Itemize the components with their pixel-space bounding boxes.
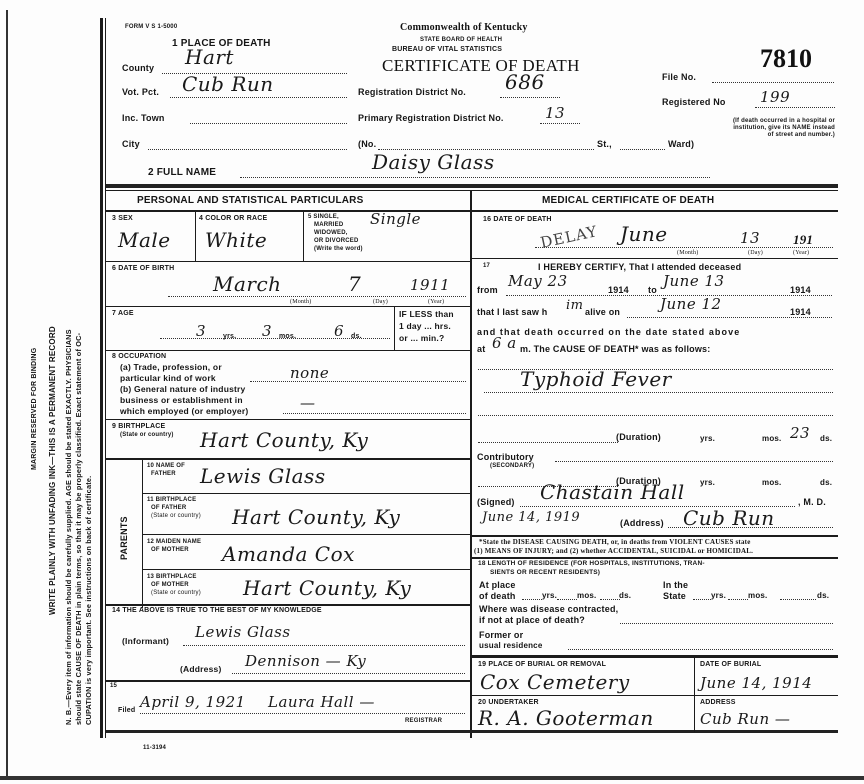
informant-underline: [183, 645, 465, 646]
undertaker-value: R. A. Gooterman: [478, 706, 654, 730]
filed-date-value: April 9, 1921: [140, 693, 246, 711]
footer-code: 11-3194: [143, 745, 166, 751]
medical-rule-2: [472, 535, 838, 537]
margin-binding-text: MARGIN RESERVED FOR BINDING: [31, 348, 38, 470]
less-than-line-3: or ... min.?: [399, 333, 444, 343]
occupation-b-line-1: (b) General nature of industry: [120, 384, 246, 394]
marital-label-5: (Write the word): [314, 246, 363, 252]
father-name-label-1: 10 NAME OF: [147, 463, 185, 469]
bureau-heading: BUREAU OF VITAL STATISTICS: [392, 46, 502, 53]
sex-color-divider: [195, 211, 196, 261]
where-contracted-line-2: if not at place of death?: [479, 615, 585, 625]
occupation-b-line-2: business or establishment in: [120, 395, 243, 405]
age-mos-label: mos.: [279, 333, 296, 340]
primary-district-label: Primary Registration District No.: [358, 113, 504, 123]
last-saw-date-value: June 12: [660, 295, 722, 313]
row-rule-8: [142, 569, 470, 570]
occupation-b-value: —: [300, 394, 316, 412]
color-value: White: [205, 228, 267, 252]
age-months-value: 3: [262, 322, 272, 340]
medical-section-title: MEDICAL CERTIFICATE OF DEATH: [542, 195, 714, 206]
mother-birthplace-label-2: OF MOTHER: [151, 582, 189, 588]
margin-border-line: [100, 18, 103, 738]
occupation-b-underline: [283, 413, 466, 414]
burial-date-value: June 14, 1914: [700, 674, 812, 692]
ward-label: Ward): [668, 139, 694, 149]
vot-pct-value: Cub Run: [182, 72, 274, 96]
full-name-underline: [240, 177, 710, 178]
duration-mos-2: mos.: [762, 478, 781, 487]
dod-month-value: June: [620, 222, 668, 246]
header-divider: [106, 184, 838, 188]
to-label: to: [648, 285, 657, 295]
filed-label: Filed: [118, 707, 135, 714]
sex-value: Male: [118, 228, 171, 252]
street-no-label: (No.: [358, 139, 376, 149]
marital-label-4: OR DIVORCED: [314, 238, 359, 244]
last-saw-label: that I last saw h: [477, 307, 547, 317]
file-number: 7810: [760, 44, 812, 74]
certificate-title: CERTIFICATE OF DEATH: [382, 56, 580, 76]
less-than-line-2: 1 day ... hrs.: [399, 321, 451, 331]
dod-day-value: 13: [740, 229, 760, 247]
signed-label: (Signed): [477, 497, 515, 507]
mother-maiden-label-2: OF MOTHER: [151, 547, 189, 553]
inc-town-label: Inc. Town: [122, 113, 165, 123]
dod-year-caption: (Year): [793, 250, 809, 256]
left-edge-line: [6, 10, 8, 780]
residence-label-1: 18 LENGTH OF RESIDENCE (FOR HOSPITALS, I…: [478, 560, 705, 567]
sex-label: 3 SEX: [112, 215, 133, 222]
marital-value: Single: [370, 210, 421, 228]
dob-year-value: 1911: [410, 276, 450, 294]
burial-place-label: 19 PLACE OF BURIAL OR REMOVAL: [478, 661, 606, 668]
county-label: County: [122, 63, 154, 73]
ward-underline: [620, 149, 665, 150]
last-saw-pronoun: im: [566, 298, 584, 313]
full-name-value: Daisy Glass: [372, 150, 495, 174]
dob-day-value: 7: [348, 272, 361, 296]
hospital-note: (If death occurred in a hospital or inst…: [730, 118, 835, 139]
at-place-ds-underline: [600, 599, 620, 600]
file-no-label: File No.: [662, 72, 696, 82]
duration-mos-1: mos.: [762, 434, 781, 443]
time-suffix: m. The CAUSE OF DEATH* was as follows:: [520, 344, 710, 354]
registration-district-underline: [500, 97, 560, 98]
alive-on-label: alive on: [585, 307, 620, 317]
where-contracted-line-1: Where was disease contracted,: [479, 604, 618, 614]
at-place-mos-underline: [557, 599, 577, 600]
father-birthplace-label-1: 11 BIRTHPLACE: [147, 497, 196, 503]
medical-rule-4: [472, 655, 838, 658]
medical-rule-1: [472, 258, 838, 259]
age-days-value: 6: [334, 322, 344, 340]
age-divider: [394, 306, 395, 350]
signed-date-value: June 14, 1919: [482, 510, 580, 525]
informant-value: Lewis Glass: [195, 623, 291, 641]
duration-days-value: 23: [790, 424, 810, 442]
commonwealth-heading: Commonwealth of Kentucky: [400, 22, 528, 33]
mother-maiden-label-1: 12 MAIDEN NAME: [147, 539, 201, 545]
row-rule-7: [142, 534, 470, 535]
marital-label-3: WIDOWED,: [314, 230, 348, 236]
father-name-value: Lewis Glass: [200, 464, 326, 488]
less-than-line-1: IF LESS than: [399, 309, 454, 319]
duration-underline-1: [478, 442, 618, 443]
at-label: at: [477, 344, 485, 354]
at-place-line-1: At place: [479, 580, 516, 590]
attended-to-value: June 13: [663, 272, 725, 290]
row-rule-3: [106, 350, 470, 351]
in-state-yrs-underline: [693, 599, 711, 600]
father-birthplace-label-2: OF FATHER: [151, 505, 186, 511]
dob-month-caption: (Month): [290, 299, 311, 305]
dob-label: 6 DATE OF BIRTH: [112, 265, 174, 272]
attended-from-value: May 23: [508, 272, 568, 290]
duration-yrs-1: yrs.: [700, 434, 715, 443]
file-no-underline: [712, 82, 834, 83]
duration-ds-2: ds.: [820, 478, 832, 487]
in-state-yrs: yrs.: [711, 591, 726, 600]
age-label: 7 AGE: [112, 310, 134, 317]
occupation-a-value: none: [290, 364, 329, 382]
dod-year-prefix: 191: [793, 232, 813, 248]
former-residence-line-2: usual residence: [479, 641, 542, 650]
registered-no-underline: [755, 107, 835, 108]
city-label: City: [122, 139, 140, 149]
inc-town-underline: [190, 123, 347, 124]
at-place-line-2: of death: [479, 591, 516, 601]
dob-underline: [168, 296, 466, 297]
personal-section-title: PERSONAL AND STATISTICAL PARTICULARS: [137, 195, 363, 206]
margin-nb-line-1: N. B.—Every item of information should b…: [64, 329, 73, 725]
primary-district-value: 13: [545, 104, 565, 122]
from-year: 1914: [608, 285, 629, 295]
contributory-underline: [555, 461, 833, 462]
footnote-line-2: (1) MEANS OF INJURY; and (2) whether ACC…: [474, 547, 753, 555]
former-residence-underline: [568, 649, 833, 650]
medical-title-rule: [472, 210, 838, 212]
medical-rule-3: [472, 557, 838, 559]
informant-statement: 14 THE ABOVE IS TRUE TO THE BEST OF MY K…: [112, 607, 322, 614]
physician-address-label: (Address): [620, 518, 664, 528]
registered-no-label: Registered No: [662, 97, 726, 107]
physician-address-value: Cub Run: [683, 506, 775, 530]
secondary-label: (SECONDARY): [490, 463, 534, 469]
at-place-ds: ds.: [619, 591, 631, 600]
state-board-heading: STATE BOARD OF HEALTH: [420, 37, 502, 43]
occupation-b-line-3: which employed (or employer): [120, 406, 248, 416]
row-rule-6: [142, 493, 470, 494]
where-contracted-underline: [620, 623, 833, 624]
registrar-label: REGISTRAR: [405, 718, 442, 724]
filed-underline: [140, 713, 465, 714]
mother-maiden-value: Amanda Cox: [222, 542, 355, 566]
color-marital-divider: [303, 211, 304, 261]
row-rule-10: [106, 680, 470, 682]
parents-divider: [142, 458, 143, 608]
row-rule-4: [106, 419, 470, 420]
row-rule-1: [106, 261, 470, 262]
in-state-ds-underline: [780, 599, 816, 600]
registrar-signature: Laura Hall —: [268, 693, 375, 711]
undertaker-label: 20 UNDERTAKER: [478, 699, 539, 706]
duration-ds-1: ds.: [820, 434, 832, 443]
margin-nb-line-3: CUPATION is very important. See instruct…: [84, 476, 93, 725]
burial-date-label: DATE OF BURIAL: [700, 661, 761, 668]
former-residence-line-1: Former or: [479, 630, 523, 640]
at-place-mos: mos.: [577, 591, 596, 600]
contributory-label: Contributory: [477, 452, 534, 462]
cause-underline-3: [478, 415, 833, 416]
marital-label-1: 5 SINGLE,: [308, 214, 339, 220]
county-value: Hart: [185, 45, 234, 69]
certify-text: I HEREBY CERTIFY, That I attended deceas…: [538, 262, 741, 272]
age-years-value: 3: [196, 322, 206, 340]
dod-label: 16 DATE OF DEATH: [483, 216, 552, 223]
md-label: , M. D.: [798, 497, 826, 507]
dob-month-value: March: [213, 272, 282, 296]
informant-label: (Informant): [122, 636, 169, 646]
occupation-a-line-2: particular kind of work: [120, 373, 216, 383]
mother-birthplace-label-1: 13 BIRTHPLACE: [147, 574, 197, 580]
mother-birthplace-value: Hart County, Ky: [243, 576, 411, 600]
marital-label-2: MARRIED: [314, 222, 343, 228]
in-state-line-2: State: [663, 591, 686, 601]
primary-district-underline: [540, 123, 580, 124]
father-name-label-2: FATHER: [151, 471, 176, 477]
birthplace-value: Hart County, Ky: [200, 428, 368, 452]
undertaker-address-value: Cub Run —: [700, 710, 790, 728]
city-underline: [148, 149, 347, 150]
dod-underline: [535, 247, 833, 248]
form-number: FORM V S 1-5000: [125, 24, 177, 30]
birthplace-label: 9 BIRTHPLACE: [112, 423, 165, 430]
cert-number: 17: [483, 263, 490, 269]
from-label: from: [477, 285, 498, 295]
margin-inner-line: [105, 18, 106, 738]
residence-label-2: SIENTS OR RECENT RESIDENTS): [490, 569, 600, 576]
header-divider-thin: [106, 190, 838, 191]
margin-write-plainly-text: WRITE PLAINLY WITH UNFADING INK—THIS IS …: [48, 326, 57, 615]
row-rule-9: [106, 604, 470, 606]
duration-label-1: (Duration): [616, 432, 661, 442]
registration-district-value: 686: [505, 70, 545, 94]
in-state-mos: mos.: [748, 591, 767, 600]
informant-address-label: (Address): [180, 664, 221, 674]
in-state-line-1: In the: [663, 580, 688, 590]
in-state-mos-underline: [728, 599, 748, 600]
mother-birthplace-label-3: (State or country): [151, 590, 201, 596]
street-st-label: St.,: [597, 139, 612, 149]
duration-yrs-2: yrs.: [700, 478, 715, 487]
informant-address-underline: [232, 673, 465, 674]
father-birthplace-value: Hart County, Ky: [232, 505, 400, 529]
dob-year-caption: (Year): [428, 299, 444, 305]
filed-number: 15: [110, 683, 117, 689]
occupation-label: 8 OCCUPATION: [112, 353, 166, 360]
color-label: 4 COLOR OR RACE: [199, 215, 267, 222]
at-place-yrs-underline: [522, 599, 542, 600]
burial-place-value: Cox Cemetery: [480, 670, 630, 694]
medical-rule-5: [472, 695, 838, 696]
row-rule-5: [106, 458, 470, 460]
footnote-line-1: *State the DISEASE CAUSING DEATH, or, in…: [479, 538, 751, 546]
vot-pct-label: Vot. Pct.: [122, 87, 159, 97]
at-place-yrs: yrs.: [542, 591, 557, 600]
row-rule-2: [106, 306, 470, 307]
father-birthplace-label-3: (State or country): [151, 513, 201, 519]
cause-value: Typhoid Fever: [520, 367, 672, 391]
full-name-label: 2 FULL NAME: [148, 167, 216, 178]
registration-district-label: Registration District No.: [358, 87, 466, 97]
cause-underline-2: [484, 392, 833, 393]
page-bottom-edge: [0, 776, 864, 780]
age-ds-label: ds.: [351, 333, 362, 340]
occupation-a-underline: [250, 381, 466, 382]
time-value: 6 a: [492, 334, 517, 352]
last-saw-year: 1914: [790, 307, 811, 317]
age-yrs-label: yrs.: [223, 333, 236, 340]
registered-no-value: 199: [760, 88, 790, 106]
occupation-a-line-1: (a) Trade, profession, or: [120, 362, 222, 372]
informant-address-value: Dennison — Ky: [245, 652, 366, 670]
parents-label: PARENTS: [119, 516, 129, 560]
birthplace-state-caption: (State or country): [120, 432, 174, 438]
last-saw-underline: [627, 317, 832, 318]
bottom-divider: [106, 730, 838, 733]
dod-month-caption: (Month): [677, 250, 698, 256]
to-year: 1914: [790, 285, 811, 295]
margin-nb-line-2: should state CAUSE OF DEATH in plain ter…: [74, 333, 83, 725]
dod-day-caption: (Day): [748, 250, 763, 256]
vot-pct-underline: [170, 97, 347, 98]
dob-day-caption: (Day): [373, 299, 388, 305]
in-state-ds: ds.: [817, 591, 829, 600]
physician-signature: Chastain Hall: [540, 480, 685, 504]
undertaker-address-label: ADDRESS: [700, 699, 736, 706]
